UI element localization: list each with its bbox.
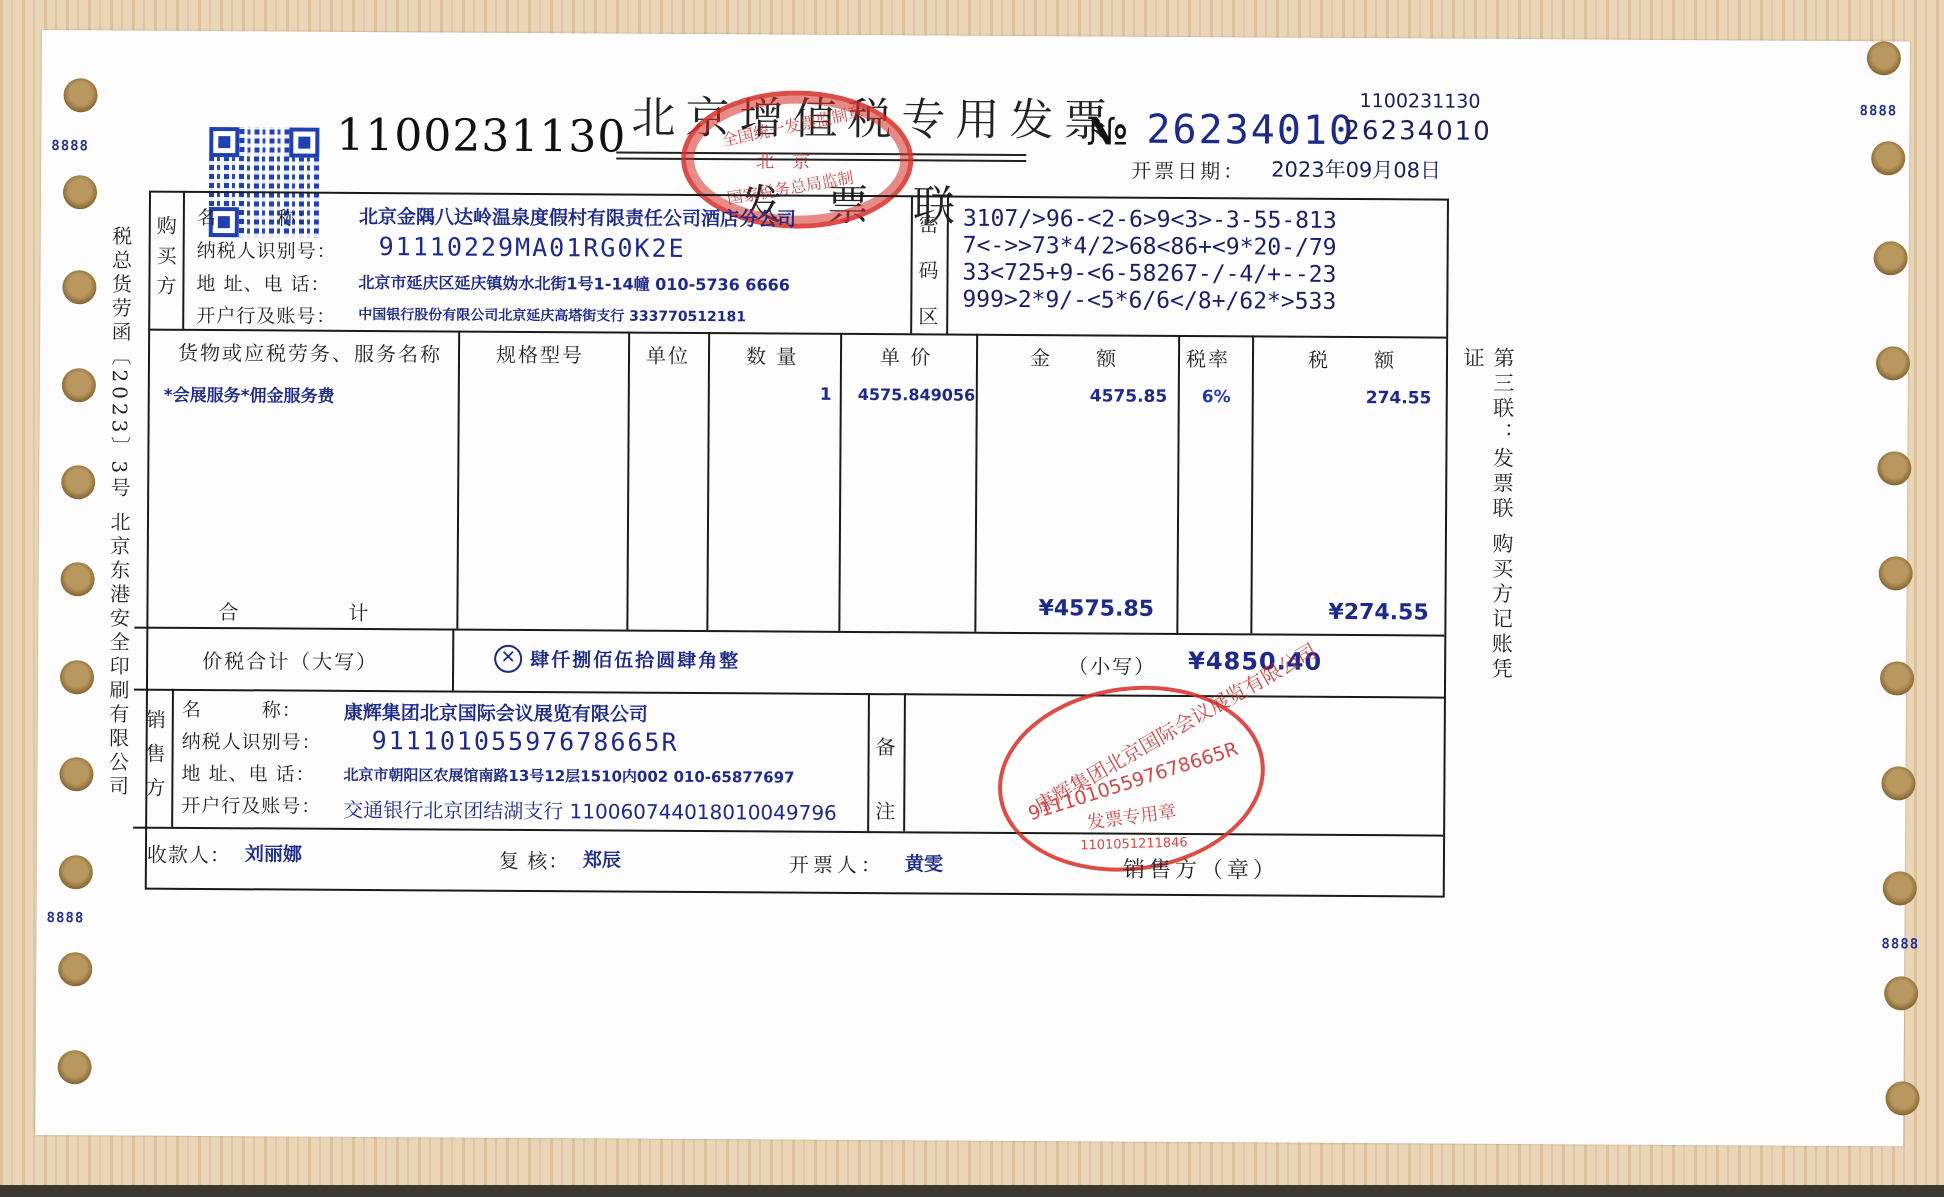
perforation-hole	[1874, 241, 1908, 275]
edge-code: 8888	[51, 138, 89, 154]
total-tax: ¥274.55	[1328, 600, 1428, 626]
seller-name-label: 名 称：	[182, 695, 302, 723]
perforation-hole	[63, 78, 97, 112]
column-header-unit-price: 单 价	[880, 341, 933, 370]
reviewer-name: 郑辰	[583, 845, 621, 872]
number-symbol: №	[1086, 108, 1128, 153]
seller-section-text: 销售方	[145, 708, 166, 800]
perforation-hole	[58, 1050, 92, 1084]
cipher-section-label: 密码区	[916, 201, 941, 339]
perforation-hole	[1881, 766, 1915, 800]
perforation-hole	[1867, 41, 1901, 75]
buyer-section-text: 购买方	[156, 214, 177, 298]
cipher-line: 33<725+9-<6-58267-/-4/+--23	[962, 260, 1336, 289]
stamp-text-top: 全国统一发票监制章	[720, 99, 866, 151]
column-header-amount: 金 额	[1030, 342, 1118, 372]
qr-finder-pattern	[289, 128, 319, 158]
buyer-bank-account: 中国银行股份有限公司北京延庆高塔街支行 333770512181	[358, 304, 746, 326]
perforation-hole	[1883, 871, 1917, 905]
perforation-hole	[61, 465, 95, 499]
buyer-name-label: 名 称：	[197, 203, 317, 231]
column-header-quantity: 数 量	[746, 340, 799, 369]
seller-section-label: 销售方	[143, 703, 168, 805]
payee-name: 刘丽娜	[245, 839, 302, 866]
grand-total-uppercase: 肆仟捌佰伍拾圆肆角整	[530, 645, 740, 673]
stamp-text-middle: 北 京	[756, 147, 810, 173]
perforation-hole	[61, 562, 95, 596]
column-header-tax: 税 额	[1308, 344, 1396, 374]
buyer-tax-id: 91110229MA01RG0K2E	[379, 232, 686, 263]
invoice-code-small: 1100231130	[1360, 90, 1481, 113]
seller-address-label: 地 址、电 话：	[181, 759, 315, 787]
perforation-hole	[1871, 141, 1905, 175]
table-edge-shadow	[0, 1185, 1944, 1197]
edge-code: 8888	[47, 910, 85, 926]
cross-circle-icon: ✕	[494, 645, 522, 673]
grand-total-label: 价税合计（大写）	[202, 645, 378, 675]
perforation-hole	[1877, 451, 1911, 485]
reviewer-label: 复 核：	[499, 845, 570, 874]
cipher-line: 999>2*9/-<5*6/6</8+/62*>533	[962, 287, 1336, 316]
item-name: *会展服务*佣金服务费	[164, 381, 335, 407]
seller-seal-label: 销售方（章）	[1123, 853, 1279, 885]
total-label: 合 计	[218, 596, 374, 626]
buyer-name: 北京金隅八达岭温泉度假村有限责任公司酒店分公司	[359, 202, 796, 232]
item-quantity: 1	[820, 385, 832, 405]
invoice-paper: 8888 8888 8888 8888 1100231130 北京增值税专用发票…	[35, 30, 1910, 1146]
buyer-address-phone: 北京市延庆区延庆镇妫水北街1号1-14幢 010-5736 6666	[358, 270, 790, 296]
divider	[452, 629, 454, 691]
perforation-hole	[62, 368, 96, 402]
invoice-number-small: 26234010	[1343, 116, 1492, 147]
column-header-spec: 规格型号	[496, 339, 584, 369]
invoice-code: 1100231130	[336, 110, 626, 163]
buyer-address-label: 地 址、电 话：	[196, 269, 330, 297]
seller-bank-label: 开户行及账号：	[181, 791, 321, 819]
cipher-line: 3107/>96-<2-6>9<3>-3-55-813	[963, 206, 1337, 235]
buyer-bank-label: 开户行及账号：	[196, 301, 336, 329]
seller-name: 康辉集团北京国际会议展览有限公司	[344, 698, 648, 727]
qr-finder-pattern	[209, 127, 239, 157]
copy-note: 第三联：发票联 购买方记账凭证	[1456, 347, 1518, 707]
seller-bank-account: 交通银行北京团结湖支行 110060744018010049796	[343, 794, 837, 826]
printer-note: 税总货劳函〔2023〕3号 北京东港安全印刷有限公司	[103, 225, 136, 825]
perforation-hole	[1885, 1081, 1919, 1115]
item-tax: 274.55	[1366, 388, 1432, 408]
perforation-hole	[62, 270, 96, 304]
column-header-name: 货物或应税劳务、服务名称	[178, 337, 442, 368]
buyer-tax-id-label: 纳税人识别号：	[197, 236, 337, 264]
edge-code: 8888	[1881, 936, 1919, 952]
remarks-label: 备注	[873, 715, 898, 843]
seller-tax-id-label: 纳税人识别号：	[182, 727, 322, 755]
perforation-hole	[1879, 556, 1913, 590]
buyer-section-label: 购买方	[154, 211, 179, 301]
payee-label: 收款人：	[147, 839, 231, 869]
total-amount: ¥4575.85	[1038, 596, 1154, 622]
perforation-hole	[60, 660, 94, 694]
seller-address-phone: 北京市朝阳区农展馆南路13号12层1510内002 010-65877697	[343, 764, 794, 788]
cipher-line: 7<->>73*4/2>68<86+<9*20-/79	[963, 233, 1337, 262]
perforation-hole	[63, 175, 97, 209]
cipher-section-text: 密码区	[918, 212, 939, 328]
item-unit-price: 4575.8490566	[858, 385, 976, 405]
date-label: 开票日期：	[1131, 155, 1246, 185]
column-header-tax-rate: 税率	[1186, 343, 1230, 372]
item-tax-rate: 6%	[1202, 387, 1231, 407]
edge-code: 8888	[1859, 103, 1897, 119]
table-row: *会展服务*佣金服务费 1 4575.8490566 4575.85 6% 27…	[42, 30, 1910, 41]
issuer-label: 开票人：	[789, 849, 885, 879]
perforation-hole	[59, 855, 93, 889]
seller-tax-id: 91110105597678665R	[372, 726, 679, 757]
date-value: 2023年09月08日	[1271, 154, 1441, 185]
perforation-hole	[1884, 976, 1918, 1010]
perforation-hole	[58, 952, 92, 986]
column-header-unit: 单位	[646, 340, 690, 369]
perforation-hole	[59, 757, 93, 791]
remarks-text: 备注	[875, 735, 896, 823]
invoice-number: 26234010	[1146, 107, 1355, 154]
perforation-hole	[1880, 661, 1914, 695]
grand-total-small-label: （小写）	[1068, 650, 1156, 680]
perforation-hole	[1876, 346, 1910, 380]
seller-stamp-serial: 1101051211846	[1080, 835, 1188, 853]
issuer-name: 黄雯	[905, 849, 943, 876]
item-amount: 4575.85	[1090, 386, 1168, 406]
